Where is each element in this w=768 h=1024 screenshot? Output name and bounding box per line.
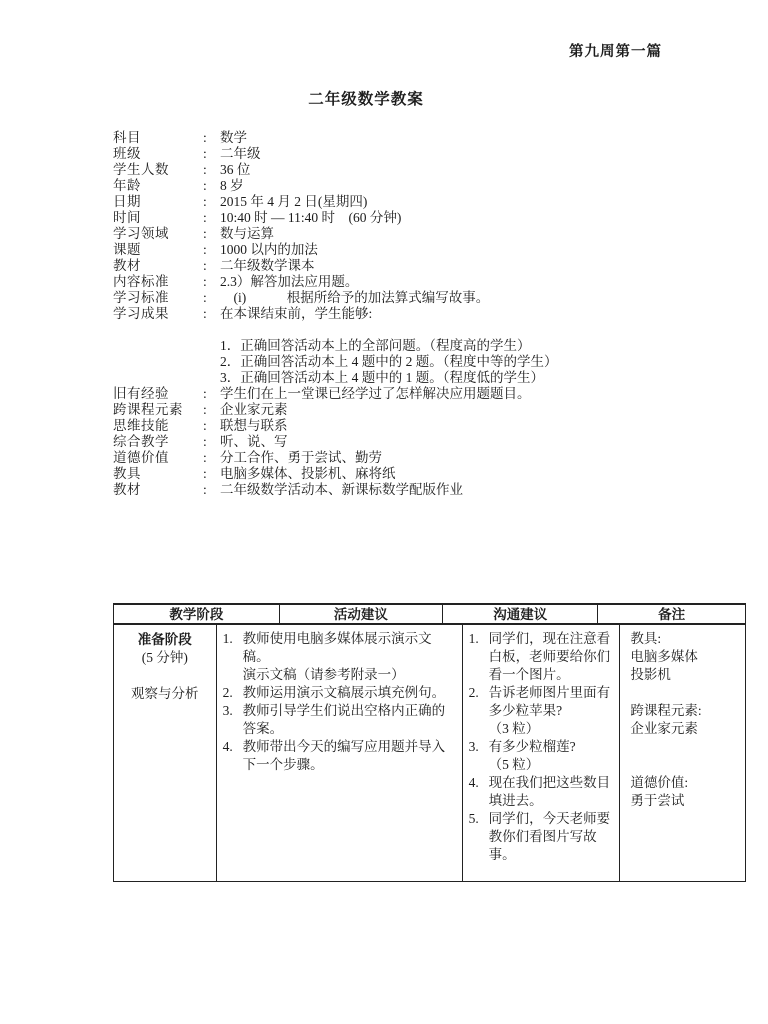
stage-title: 准备阶段	[120, 631, 210, 649]
list-text: 同学们，今天老师要教你们看图片写故事。	[489, 810, 614, 864]
field-value: 学生们在上一堂课已经学过了怎样解决应用题题目。	[220, 386, 531, 402]
field-label: 年龄	[113, 178, 203, 194]
field-colon: :	[203, 242, 220, 258]
cell-activity-suggestions: 1.教师使用电脑多媒体展示演示文稿。 演示文稿（请参考附录一） 2.教师运用演示…	[216, 625, 462, 881]
field-colon: :	[203, 274, 220, 290]
field-colon: :	[203, 290, 220, 306]
info-field-topic: 课题:1000 以内的加法	[113, 242, 693, 258]
lesson-table: 教学阶段 活动建议 沟通建议 备注 准备阶段 (5 分钟) 观察与分析 1.教师…	[113, 603, 746, 882]
field-colon: :	[203, 450, 220, 466]
activity-item: 3.教师引导学生们说出空格内正确的答案。	[223, 702, 456, 738]
info-field-prior-experience: 旧有经验:学生们在上一堂课已经学过了怎样解决应用题题目。	[113, 386, 693, 402]
document-page: 第九周第一篇 二年级数学教案 科目:数学 班级:二年级 学生人数:36 位 年龄…	[0, 0, 768, 1024]
cell-teaching-stage: 准备阶段 (5 分钟) 观察与分析	[114, 625, 216, 881]
field-label: 道德价值	[113, 450, 203, 466]
list-number: 3.	[223, 702, 243, 738]
field-value: 听、说、写	[220, 434, 288, 450]
field-colon: :	[203, 194, 220, 210]
info-field-teaching-aids: 教具:电脑多媒体、投影机、麻将纸	[113, 466, 693, 482]
info-field-date: 日期:2015 年 4 月 2 日(星期四)	[113, 194, 693, 210]
outcome-item: 1．正确回答活动本上的全部问题。（程度高的学生）	[220, 338, 693, 354]
info-field-integrated-teaching: 综合教学:听、说、写	[113, 434, 693, 450]
field-colon: :	[203, 130, 220, 146]
table-row: 准备阶段 (5 分钟) 观察与分析 1.教师使用电脑多媒体展示演示文稿。 演示文…	[113, 625, 746, 882]
field-label: 教具	[113, 466, 203, 482]
list-number: 2.	[469, 684, 489, 738]
list-number: 2.	[223, 684, 243, 702]
communication-item: 4.现在我们把这些数目填进去。	[469, 774, 614, 810]
outcome-item: 3．正确回答活动本上 4 题中的 1 题。（程度低的学生）	[220, 370, 693, 386]
field-value: 10:40 时 — 11:40 时 (60 分钟)	[220, 210, 401, 226]
field-label: 时间	[113, 210, 203, 226]
field-label: 旧有经验	[113, 386, 203, 402]
table-header-row: 教学阶段 活动建议 沟通建议 备注	[113, 603, 746, 625]
field-colon: :	[203, 146, 220, 162]
field-value: 数学	[220, 130, 247, 146]
info-field-learning-area: 学习领域:数与运算	[113, 226, 693, 242]
field-label: 思维技能	[113, 418, 203, 434]
list-text: 现在我们把这些数目填进去。	[489, 774, 614, 810]
list-number: 1.	[223, 630, 243, 684]
communication-item: 5.同学们，今天老师要教你们看图片写故事。	[469, 810, 614, 864]
list-text: 有多少粒榴莲? （5 粒）	[489, 738, 614, 774]
info-field-moral-values: 道德价值:分工合作、勇于尝试、勤劳	[113, 450, 693, 466]
field-label: 教材	[113, 258, 203, 274]
stage-duration: (5 分钟)	[120, 649, 210, 667]
field-label: 科目	[113, 130, 203, 146]
activity-item: 1.教师使用电脑多媒体展示演示文稿。 演示文稿（请参考附录一）	[223, 630, 456, 684]
info-field-class: 班级:二年级	[113, 146, 693, 162]
field-label: 日期	[113, 194, 203, 210]
header-note: 第九周第一篇	[569, 40, 662, 61]
field-value: 36 位	[220, 162, 250, 178]
list-text: 同学们，现在注意看白板，老师要给你们看一个图片。	[489, 630, 614, 684]
field-colon: :	[203, 162, 220, 178]
info-field-student-count: 学生人数:36 位	[113, 162, 693, 178]
communication-item: 2.告诉老师图片里面有多少粒苹果? （3 粒）	[469, 684, 614, 738]
info-field-content-standard: 内容标准:2.3）解答加法应用题。	[113, 274, 693, 290]
list-number: 5.	[469, 810, 489, 864]
remark-cross-curricular: 跨课程元素: 企业家元素	[630, 702, 739, 738]
field-value: 分工合作、勇于尝试、勤劳	[220, 450, 382, 466]
field-value: 企业家元素	[220, 402, 288, 418]
field-colon: :	[203, 258, 220, 274]
list-text: 教师使用电脑多媒体展示演示文稿。 演示文稿（请参考附录一）	[243, 630, 456, 684]
field-value: 联想与联系	[220, 418, 288, 434]
field-value: 二年级	[220, 146, 261, 162]
col-header-teaching-stage: 教学阶段	[114, 605, 279, 623]
field-colon: :	[203, 466, 220, 482]
field-colon: :	[203, 210, 220, 226]
field-label: 课题	[113, 242, 203, 258]
communication-item: 3.有多少粒榴莲? （5 粒）	[469, 738, 614, 774]
outcomes-list: 1．正确回答活动本上的全部问题。（程度高的学生） 2．正确回答活动本上 4 题中…	[220, 338, 693, 386]
field-value: 二年级数学活动本、新课标数学配版作业	[220, 482, 463, 498]
field-value: 二年级数学课本	[220, 258, 315, 274]
field-label: 内容标准	[113, 274, 203, 290]
info-field-learning-standard: 学习标准: (i) 根据所给予的加法算式编写故事。	[113, 290, 693, 306]
list-number: 4.	[469, 774, 489, 810]
page-title: 二年级数学教案	[100, 87, 632, 109]
field-value: 在本课结束前，学生能够:	[220, 306, 372, 322]
field-value: 2.3）解答加法应用题。	[220, 274, 358, 290]
field-colon: :	[203, 306, 220, 322]
info-field-subject: 科目:数学	[113, 130, 693, 146]
field-label: 班级	[113, 146, 203, 162]
list-text: 教师引导学生们说出空格内正确的答案。	[243, 702, 456, 738]
list-text: 教师带出今天的编写应用题并导入下一个步骤。	[243, 738, 456, 774]
outcome-item: 2．正确回答活动本上 4 题中的 2 题。（程度中等的学生）	[220, 354, 693, 370]
info-field-textbook: 教材:二年级数学课本	[113, 258, 693, 274]
field-label: 学习成果	[113, 306, 203, 322]
communication-item: 1.同学们，现在注意看白板，老师要给你们看一个图片。	[469, 630, 614, 684]
info-field-materials: 教材:二年级数学活动本、新课标数学配版作业	[113, 482, 693, 498]
field-value: 2015 年 4 月 2 日(星期四)	[220, 194, 367, 210]
info-field-learning-outcome: 学习成果:在本课结束前，学生能够:	[113, 306, 693, 322]
field-value: (i) 根据所给予的加法算式编写故事。	[220, 290, 489, 306]
cell-remarks: 教具: 电脑多媒体 投影机 跨课程元素: 企业家元素 道德价值: 勇于尝试	[619, 625, 745, 881]
stage-method: 观察与分析	[120, 685, 210, 703]
list-text: 教师运用演示文稿展示填充例句。	[243, 684, 456, 702]
field-colon: :	[203, 386, 220, 402]
activity-item: 2.教师运用演示文稿展示填充例句。	[223, 684, 456, 702]
info-field-age: 年龄:8 岁	[113, 178, 693, 194]
field-colon: :	[203, 434, 220, 450]
list-number: 3.	[469, 738, 489, 774]
field-colon: :	[203, 402, 220, 418]
list-number: 4.	[223, 738, 243, 774]
field-colon: :	[203, 482, 220, 498]
field-value: 电脑多媒体、投影机、麻将纸	[220, 466, 396, 482]
field-label: 综合教学	[113, 434, 203, 450]
field-value: 8 岁	[220, 178, 244, 194]
info-field-thinking-skills: 思维技能:联想与联系	[113, 418, 693, 434]
col-header-communication-suggestions: 沟通建议	[442, 605, 597, 623]
list-text: 告诉老师图片里面有多少粒苹果? （3 粒）	[489, 684, 614, 738]
field-colon: :	[203, 226, 220, 242]
remark-teaching-aids: 教具: 电脑多媒体 投影机	[630, 630, 739, 684]
field-value: 数与运算	[220, 226, 274, 242]
col-header-remarks: 备注	[597, 605, 745, 623]
field-label: 学生人数	[113, 162, 203, 178]
info-field-time: 时间:10:40 时 — 11:40 时 (60 分钟)	[113, 210, 693, 226]
field-colon: :	[203, 418, 220, 434]
field-label: 教材	[113, 482, 203, 498]
cell-communication-suggestions: 1.同学们，现在注意看白板，老师要给你们看一个图片。 2.告诉老师图片里面有多少…	[462, 625, 620, 881]
field-value: 1000 以内的加法	[220, 242, 318, 258]
field-label: 学习领域	[113, 226, 203, 242]
field-label: 学习标准	[113, 290, 203, 306]
list-number: 1.	[469, 630, 489, 684]
info-section: 科目:数学 班级:二年级 学生人数:36 位 年龄:8 岁 日期:2015 年 …	[113, 130, 693, 498]
col-header-activity-suggestions: 活动建议	[279, 605, 442, 623]
info-field-cross-curricular: 跨课程元素:企业家元素	[113, 402, 693, 418]
field-label: 跨课程元素	[113, 402, 203, 418]
field-colon: :	[203, 178, 220, 194]
remark-moral-values: 道德价值: 勇于尝试	[630, 774, 739, 810]
activity-item: 4.教师带出今天的编写应用题并导入下一个步骤。	[223, 738, 456, 774]
